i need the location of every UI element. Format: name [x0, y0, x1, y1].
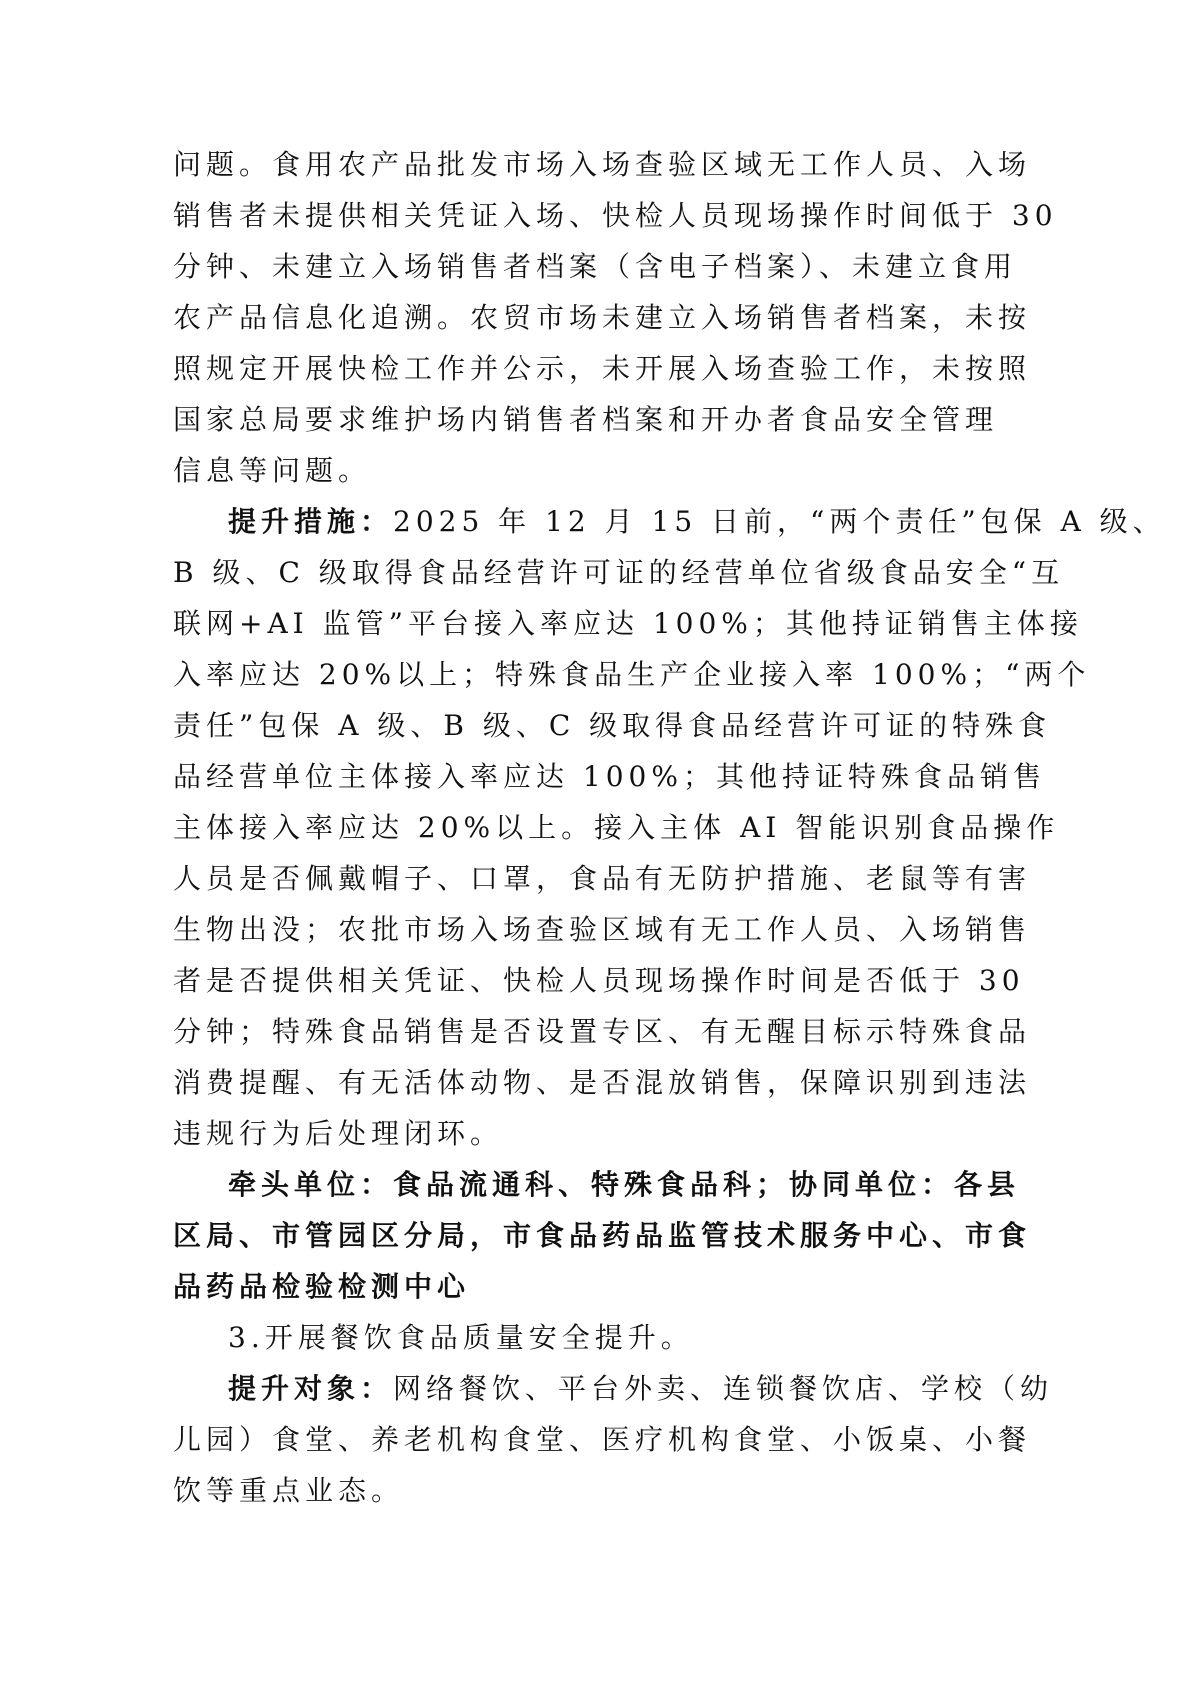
paragraph-line: 者是否提供相关凭证、快检人员现场操作时间是否低于 30 [173, 955, 1023, 1007]
measures-label: 提升措施： [228, 505, 393, 538]
paragraph-line: 农产品信息化追溯。农贸市场未建立入场销售者档案，未按 [173, 292, 1023, 344]
paragraph-line: 违规行为后处理闭环。 [173, 1108, 1023, 1160]
section-heading: 3.开展餐饮食品质量安全提升。 [228, 1312, 1078, 1364]
paragraph-line: 国家总局要求维护场内销售者档案和开办者食品安全管理 [173, 394, 1023, 446]
paragraph-line: 信息等问题。 [173, 445, 1023, 497]
paragraph-line: 责任”包保 A 级、B 级、C 级取得食品经营许可证的特殊食 [173, 700, 1023, 752]
lead-unit-line: 牵头单位：食品流通科、特殊食品科；协同单位：各县 [228, 1159, 1078, 1211]
target-text: 网络餐饮、平台外卖、连锁餐饮店、学校（幼 [393, 1372, 1053, 1405]
paragraph-line: 销售者未提供相关凭证入场、快检人员现场操作时间低于 30 [173, 190, 1023, 242]
paragraph-line: 问题。食用农产品批发市场入场查验区域无工作人员、入场 [173, 139, 1023, 191]
paragraph-line: 主体接入率应达 20%以上。接入主体 AI 智能识别食品操作 [173, 802, 1023, 854]
paragraph-line: 品经营单位主体接入率应达 100%；其他持证特殊食品销售 [173, 751, 1023, 803]
paragraph-line: 分钟；特殊食品销售是否设置专区、有无醒目标示特殊食品 [173, 1006, 1023, 1058]
measures-text: 2025 年 12 月 15 日前，“两个责任”包保 A 级、 [393, 505, 1166, 538]
paragraph-line: 儿园）食堂、养老机构食堂、医疗机构食堂、小饭桌、小餐 [173, 1414, 1023, 1466]
lead-unit-line: 品药品检验检测中心 [173, 1261, 1023, 1313]
paragraph-line: 消费提醒、有无活体动物、是否混放销售，保障识别到违法 [173, 1057, 1023, 1109]
document-page: 问题。食用农产品批发市场入场查验区域无工作人员、入场 销售者未提供相关凭证入场、… [0, 0, 1190, 1684]
paragraph-line: 生物出没；农批市场入场查验区域有无工作人员、入场销售 [173, 904, 1023, 956]
paragraph-line: 照规定开展快检工作并公示，未开展入场查验工作，未按照 [173, 343, 1023, 395]
lead-unit-line: 区局、市管园区分局，市食品药品监管技术服务中心、市食 [173, 1210, 1023, 1262]
measures-line: 提升措施：2025 年 12 月 15 日前，“两个责任”包保 A 级、 [228, 496, 1078, 548]
paragraph-line: 人员是否佩戴帽子、口罩，食品有无防护措施、老鼠等有害 [173, 853, 1023, 905]
paragraph-line: 联网+AI 监管”平台接入率应达 100%；其他持证销售主体接 [173, 598, 1023, 650]
target-line: 提升对象：网络餐饮、平台外卖、连锁餐饮店、学校（幼 [228, 1363, 1078, 1415]
paragraph-line: 饮等重点业态。 [173, 1465, 1023, 1517]
paragraph-line: B 级、C 级取得食品经营许可证的经营单位省级食品安全“互 [173, 547, 1023, 599]
paragraph-line: 入率应达 20%以上；特殊食品生产企业接入率 100%；“两个 [173, 649, 1023, 701]
target-label: 提升对象： [228, 1372, 393, 1405]
paragraph-line: 分钟、未建立入场销售者档案（含电子档案）、未建立食用 [173, 241, 1023, 293]
